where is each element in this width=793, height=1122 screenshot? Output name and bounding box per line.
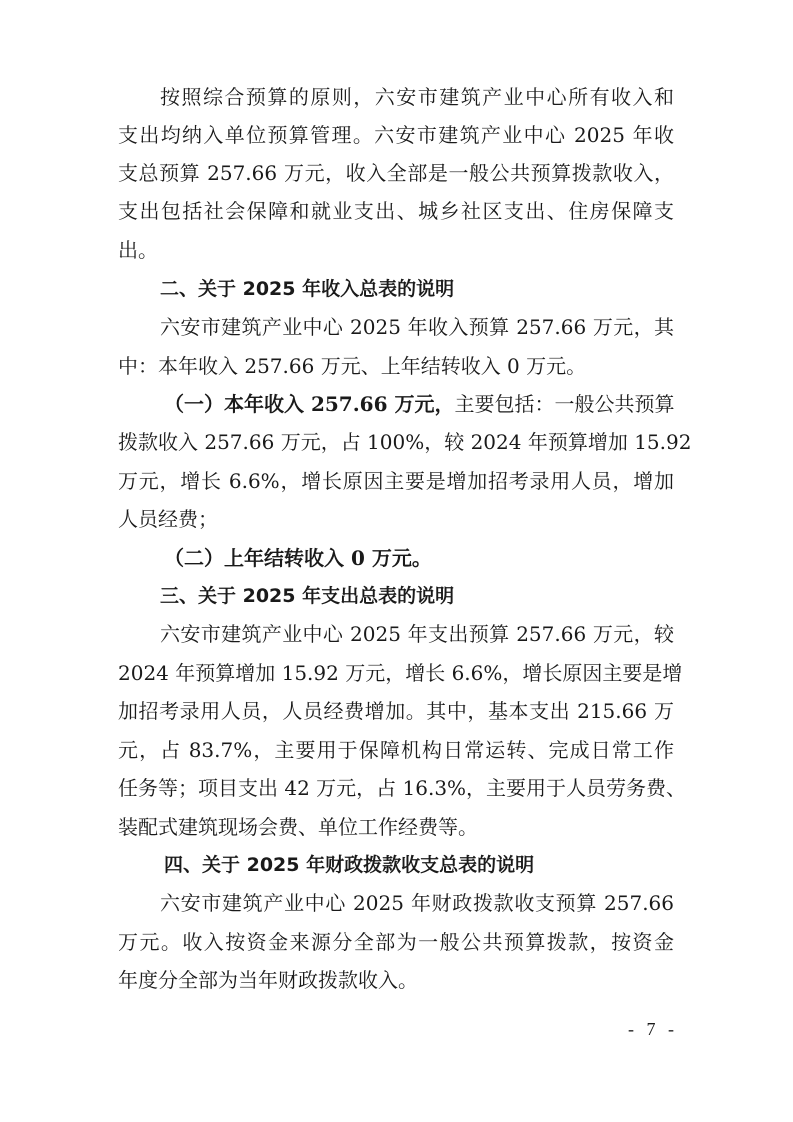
section-3-line-1: 六安市建筑产业中心 2025 年支出预算 257.66 万元，较 xyxy=(160,619,674,649)
section-3-heading: 三、关于 2025 年支出总表的说明 xyxy=(160,581,674,611)
section-2-sub1-line-1: （一）本年收入 257.66 万元，主要包括：一般公共预算 xyxy=(164,389,674,419)
sub1-bold-prefix: （一）本年收入 257.66 万元， xyxy=(164,392,454,416)
section-3-line-2: 2024 年预算增加 15.92 万元，增长 6.6%，增长原因主要是增 xyxy=(118,658,674,688)
sub1-rest: 主要包括：一般公共预算 xyxy=(454,392,674,416)
intro-line-3: 支总预算 257.66 万元，收入全部是一般公共预算拨款收入， xyxy=(118,158,674,188)
intro-line-1: 按照综合预算的原则，六安市建筑产业中心所有收入和 xyxy=(160,82,674,112)
section-4-line-2: 万元。收入按资金来源分全部为一般公共预算拨款，按资金 xyxy=(118,927,674,957)
intro-line-4: 支出包括社会保障和就业支出、城乡社区支出、住房保障支 xyxy=(118,196,674,226)
section-3-line-3: 加招考录用人员，人员经费增加。其中，基本支出 215.66 万 xyxy=(118,696,674,726)
section-4-heading: 四、关于 2025 年财政拨款收支总表的说明 xyxy=(164,850,678,880)
section-2-heading: 二、关于 2025 年收入总表的说明 xyxy=(160,274,674,304)
intro-line-2: 支出均纳入单位预算管理。六安市建筑产业中心 2025 年收 xyxy=(118,120,674,150)
page-number: - 7 - xyxy=(628,1016,678,1042)
section-2-para-line-2: 中：本年收入 257.66 万元、上年结转收入 0 万元。 xyxy=(118,351,674,381)
section-2-para-line-1: 六安市建筑产业中心 2025 年收入预算 257.66 万元，其 xyxy=(160,312,674,342)
intro-line-5: 出。 xyxy=(118,235,674,265)
section-4-line-3: 年度分全部为当年财政拨款收入。 xyxy=(118,965,674,995)
section-2-sub2: （二）上年结转收入 0 万元。 xyxy=(164,543,678,573)
section-3-line-6: 装配式建筑现场会费、单位工作经费等。 xyxy=(118,812,674,842)
section-2-sub1-line-4: 人员经费； xyxy=(118,504,674,534)
section-2-sub1-line-2: 拨款收入 257.66 万元，占 100%，较 2024 年预算增加 15.92 xyxy=(118,427,674,457)
section-4-line-1: 六安市建筑产业中心 2025 年财政拨款收支预算 257.66 xyxy=(160,888,674,918)
section-2-sub1-line-3: 万元，增长 6.6%，增长原因主要是增加招考录用人员，增加 xyxy=(118,466,674,496)
section-3-line-5: 任务等；项目支出 42 万元，占 16.3%，主要用于人员劳务费、 xyxy=(118,773,674,803)
section-3-line-4: 元，占 83.7%，主要用于保障机构日常运转、完成日常工作 xyxy=(118,735,674,765)
